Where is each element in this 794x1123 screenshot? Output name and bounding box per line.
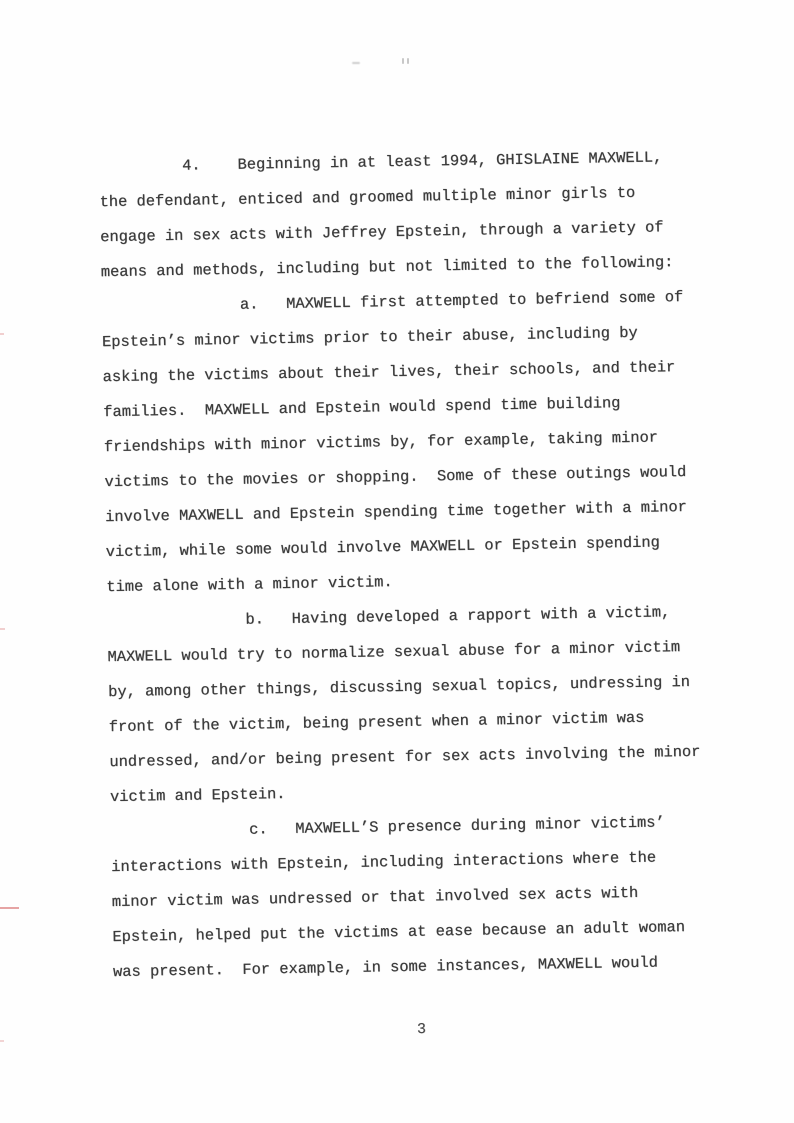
- scan-artifact-edge-tick: [0, 628, 5, 630]
- scanned-page: 4. Beginning in at least 1994, GHISLAINE…: [0, 0, 794, 1123]
- scan-smudge: [402, 58, 404, 64]
- scan-artifact-edge-tick: [0, 1040, 4, 1042]
- page-number: 3: [417, 1021, 426, 1038]
- scan-artifact-red-line: [0, 907, 19, 909]
- scan-artifact-edge-tick: [0, 333, 4, 335]
- scan-smudge: [407, 58, 409, 64]
- document-body: 4. Beginning in at least 1994, GHISLAINE…: [99, 139, 754, 990]
- scan-smudge: [352, 62, 360, 64]
